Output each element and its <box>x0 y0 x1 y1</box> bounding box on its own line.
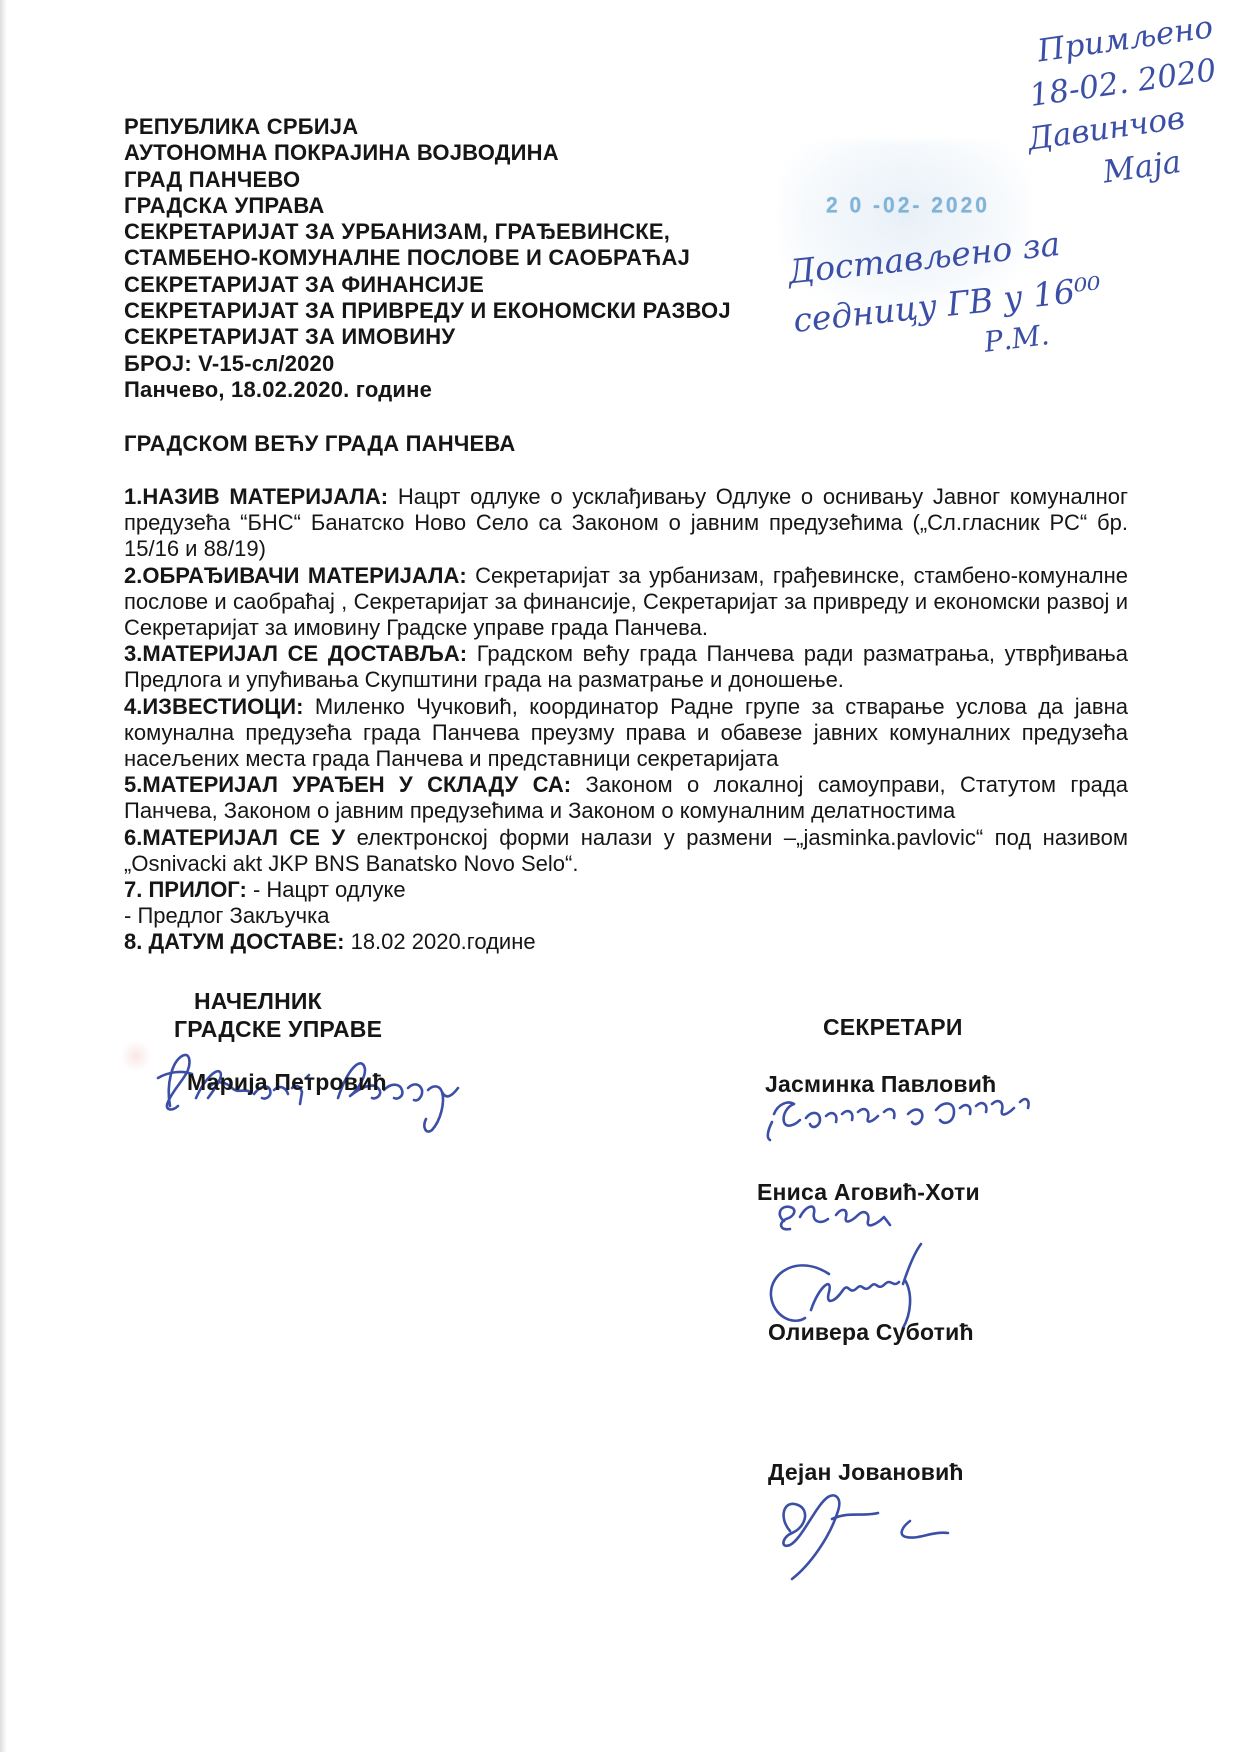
section-7-continuation-text: - Предлог Закључка <box>124 903 329 928</box>
section-6-label: 6.МАТЕРИЈАЛ СЕ У <box>124 825 345 850</box>
section-8: 8. ДАТУМ ДОСТАВЕ: 18.02 2020.године <box>124 929 1128 955</box>
section-1-label: 1.НАЗИВ МАТЕРИЈАЛА: <box>124 484 388 509</box>
letterhead-line: СТАМБЕНО-КОМУНАЛНЕ ПОСЛОВЕ И САОБРАЋАЈ <box>124 245 731 271</box>
section-7-text: - Нацрт одлуке <box>253 877 406 902</box>
letterhead-line: СЕКРЕТАРИЈАТ ЗА ИМОВИНУ <box>124 324 731 350</box>
scan-edge-shadow <box>0 0 7 1752</box>
date-stamp: 2 0 -02- 2020 <box>826 193 990 218</box>
secretaries-heading: СЕКРЕТАРИ <box>823 1014 963 1041</box>
signature-dejan-jovanovic <box>762 1483 962 1593</box>
scanned-document-page: РЕПУБЛИКА СРБИЈА АУТОНОМНА ПОКРАЈИНА ВОЈ… <box>0 0 1240 1752</box>
letterhead: РЕПУБЛИКА СРБИЈА АУТОНОМНА ПОКРАЈИНА ВОЈ… <box>124 114 731 403</box>
recipient-heading: ГРАДСКОМ ВЕЋУ ГРАДА ПАНЧЕВА <box>124 431 515 457</box>
section-8-text: 18.02 2020.године <box>351 929 536 954</box>
section-7: 7. ПРИЛОГ: - Нацрт одлуке <box>124 877 1128 903</box>
left-signer-title-line-1: НАЧЕЛНИК <box>194 988 322 1015</box>
section-5: 5.МАТЕРИЈАЛ УРАЂЕН У СКЛАДУ СА: Законом … <box>124 772 1128 824</box>
signature-enisa-agovic-hoti <box>770 1201 905 1241</box>
section-4: 4.ИЗВЕСТИОЦИ: Миленко Чучковић, координа… <box>124 694 1128 773</box>
section-6: 6.МАТЕРИЈАЛ СЕ У електронској форми нала… <box>124 825 1128 877</box>
delivery-note-initials: Р.М. <box>982 318 1051 359</box>
section-1: 1.НАЗИВ МАТЕРИЈАЛА: Нацрт одлуке о ускла… <box>124 484 1128 563</box>
section-4-label: 4.ИЗВЕСТИОЦИ: <box>124 694 303 719</box>
secretary-name-olivera-subotic: Оливера Суботић <box>768 1319 974 1346</box>
letterhead-line: СЕКРЕТАРИЈАТ ЗА ФИНАНСИЈЕ <box>124 272 731 298</box>
left-signer-name: Марија Петровић <box>187 1069 387 1096</box>
document-number: БРОЈ: V-15-сл/2020 <box>124 351 731 377</box>
letterhead-line: ГРАДСКА УПРАВА <box>124 193 731 219</box>
letterhead-line: ГРАД ПАНЧЕВО <box>124 167 731 193</box>
document-date-place: Панчево, 18.02.2020. године <box>124 377 731 403</box>
section-7-continuation: - Предлог Закључка <box>124 903 1128 929</box>
section-8-label: 8. ДАТУМ ДОСТАВЕ: <box>124 929 344 954</box>
signature-jasminka-pavlovic <box>758 1092 1033 1144</box>
letterhead-line: СЕКРЕТАРИЈАТ ЗА УРБАНИЗАМ, ГРАЂЕВИНСКЕ, <box>124 219 731 245</box>
letterhead-line: АУТОНОМНА ПОКРАЈИНА ВОЈВОДИНА <box>124 140 731 166</box>
document-body: 1.НАЗИВ МАТЕРИЈАЛА: Нацрт одлуке о ускла… <box>124 484 1128 956</box>
section-5-label: 5.МАТЕРИЈАЛ УРАЂЕН У СКЛАДУ СА: <box>124 772 571 797</box>
section-3: 3.МАТЕРИЈАЛ СЕ ДОСТАВЉА: Градском већу г… <box>124 641 1128 693</box>
letterhead-line: РЕПУБЛИКА СРБИЈА <box>124 114 731 140</box>
letterhead-line: СЕКРЕТАРИЈАТ ЗА ПРИВРЕДУ И ЕКОНОМСКИ РАЗ… <box>124 298 731 324</box>
section-2-label: 2.ОБРАЂИВАЧИ МАТЕРИЈАЛА: <box>124 563 467 588</box>
handwritten-received-note: Примљено 18-02. 2020 Давинчов Маја <box>1011 4 1240 205</box>
section-2: 2.ОБРАЂИВАЧИ МАТЕРИЈАЛА: Секретаријат за… <box>124 563 1128 642</box>
section-7-label: 7. ПРИЛОГ: <box>124 877 247 902</box>
section-3-label: 3.МАТЕРИЈАЛ СЕ ДОСТАВЉА: <box>124 641 467 666</box>
secretary-name-dejan-jovanovic: Дејан Јовановић <box>768 1459 964 1486</box>
